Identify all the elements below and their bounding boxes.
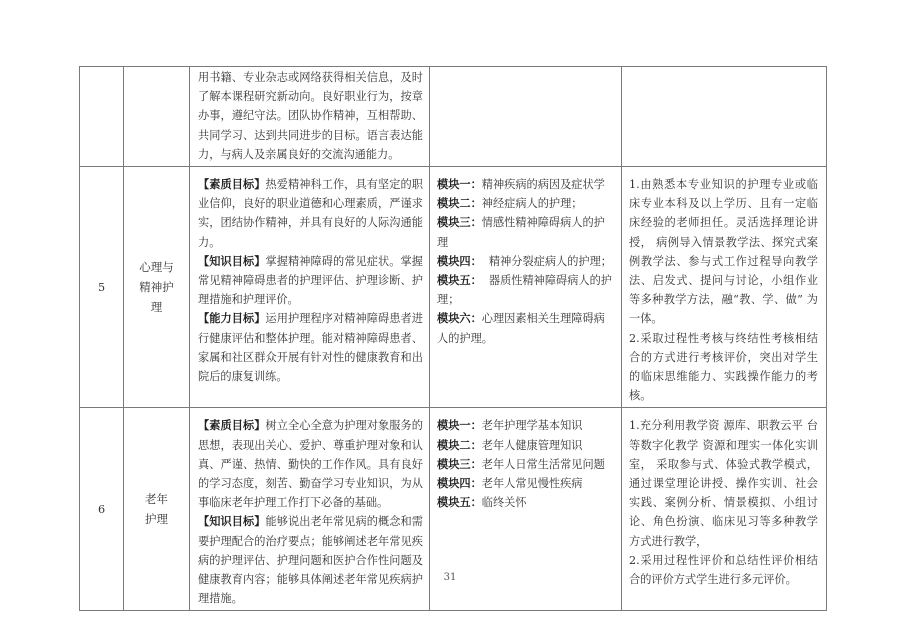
objective-tag: 【知识目标】	[198, 254, 266, 268]
module-item: 模块二：神经症病人的护理；	[437, 194, 616, 213]
course-number: 6	[98, 503, 105, 516]
requirements-cell: 1.由熟悉本专业知识的护理专业或临床专业本科及以上学历、且有一定临床经验的老师担…	[622, 167, 827, 408]
objective-text: 能够说出老年常见病的概念和需要护理配合的治疗要点；能够阐述老年常见疾病的护理评估…	[198, 515, 423, 605]
module-text: 神经症病人的护理；	[482, 197, 583, 210]
course-number: 5	[98, 281, 105, 294]
module-item: 模块一：精神疾病的病因及症状学	[437, 175, 616, 194]
curriculum-table: 用书籍、专业杂志或网络获得相关信息，及时了解本课程研究新动向。良好职业行为，按章…	[79, 66, 827, 611]
module-item: 模块二：老年人健康管理知识	[437, 436, 616, 455]
course-name: 老年护理	[143, 489, 171, 529]
module-label: 模块一：	[437, 418, 482, 432]
course-number-cell: 5	[80, 167, 124, 408]
course-name-cell	[124, 67, 190, 167]
table-row: 5 心理与精神护理 【素质目标】热爱精神科工作，具有坚定的职业信仰，良好的职业道…	[80, 167, 827, 408]
objective-tag: 【能力目标】	[198, 311, 266, 325]
module-item: 模块六：心理因素相关生理障碍病人的护理。	[437, 309, 616, 347]
module-text: 老年人常见慢性疾病	[482, 477, 583, 490]
module-label: 模块四：	[437, 254, 482, 268]
module-item: 模块五： 器质性精神障碍病人的护理；	[437, 271, 616, 309]
objective-knowledge: 【知识目标】掌握精神障碍的常见症状。掌握常见精神障碍患者的护理评估、护理诊断、护…	[198, 252, 423, 310]
objective-quality: 【素质目标】树立全心全意为护理对象服务的思想，表现出关心、爱护、尊重护理对象和认…	[198, 416, 423, 512]
module-label: 模块一：	[437, 177, 482, 191]
requirement-item: 1.充分利用教学资 源库、职教云平 台等数字化教学 资源和理实一体化实训室， 采…	[629, 416, 818, 550]
module-label: 模块二：	[437, 196, 482, 210]
objective-ability: 【能力目标】运用护理程序对精神障碍患者进行健康评估和整体护理。能对精神障碍患者、…	[198, 309, 423, 386]
module-text: 临终关怀	[482, 496, 527, 509]
module-item: 模块四： 精神分裂症病人的护理；	[437, 252, 616, 271]
module-label: 模块六：	[437, 311, 482, 325]
module-label: 模块五：	[437, 495, 482, 509]
course-name-cell: 心理与精神护理	[124, 167, 190, 408]
objective-tag: 【素质目标】	[198, 418, 266, 432]
course-number-cell	[80, 67, 124, 167]
objective-tag: 【素质目标】	[198, 177, 266, 191]
objectives-cell: 【素质目标】热爱精神科工作，具有坚定的职业信仰，良好的职业道德和心理素质，严谨求…	[190, 167, 430, 408]
module-label: 模块三：	[437, 457, 482, 471]
module-text: 老年人日常生活常见问题	[482, 458, 605, 471]
module-text: 老年护理学基本知识	[482, 419, 583, 432]
objective-knowledge: 【知识目标】能够说出老年常见病的概念和需要护理配合的治疗要点；能够阐述老年常见疾…	[198, 512, 423, 608]
module-text: 精神疾病的病因及症状学	[482, 178, 605, 191]
table-row: 用书籍、专业杂志或网络获得相关信息，及时了解本课程研究新动向。良好职业行为，按章…	[80, 67, 827, 167]
objective-quality: 【素质目标】热爱精神科工作，具有坚定的职业信仰，良好的职业道德和心理素质，严谨求…	[198, 175, 423, 252]
modules-cell	[430, 67, 622, 167]
objectives-cell: 用书籍、专业杂志或网络获得相关信息，及时了解本课程研究新动向。良好职业行为，按章…	[190, 67, 430, 167]
module-label: 模块三：	[437, 215, 482, 229]
page-number: 31	[0, 572, 900, 583]
objective-tag: 【知识目标】	[198, 514, 266, 528]
module-item: 模块一：老年护理学基本知识	[437, 416, 616, 435]
module-item: 模块三：老年人日常生活常见问题	[437, 455, 616, 474]
module-label: 模块四：	[437, 476, 482, 490]
module-text: 老年人健康管理知识	[482, 439, 583, 452]
objective-text: 树立全心全意为护理对象服务的思想，表现出关心、爱护、尊重护理对象和认真、严谨、热…	[198, 419, 423, 509]
module-item: 模块四：老年人常见慢性疾病	[437, 474, 616, 493]
module-text: 精神分裂症病人的护理；	[482, 255, 612, 268]
modules-cell: 模块一：精神疾病的病因及症状学 模块二：神经症病人的护理； 模块三：情感性精神障…	[430, 167, 622, 408]
module-label: 模块二：	[437, 438, 482, 452]
objective-text: 用书籍、专业杂志或网络获得相关信息，及时了解本课程研究新动向。良好职业行为，按章…	[198, 71, 423, 161]
requirement-item: 1.由熟悉本专业知识的护理专业或临床专业本科及以上学历、且有一定临床经验的老师担…	[629, 175, 818, 329]
module-label: 模块五：	[437, 273, 482, 287]
module-item: 模块三：情感性精神障碍病人的护理	[437, 213, 616, 251]
module-item: 模块五：临终关怀	[437, 493, 616, 512]
requirement-item: 2.采取过程性考核与终结性考核相结合的方式进行考核评价，突出对学生的临床思维能力…	[629, 329, 818, 406]
requirement-item: 2.采用过程性评价和总结性评价相结合的评价方式学生进行多元评价。	[629, 551, 818, 589]
document-page: 用书籍、专业杂志或网络获得相关信息，及时了解本课程研究新动向。良好职业行为，按章…	[0, 0, 900, 636]
requirements-cell	[622, 67, 827, 167]
course-name: 心理与精神护理	[136, 257, 178, 317]
